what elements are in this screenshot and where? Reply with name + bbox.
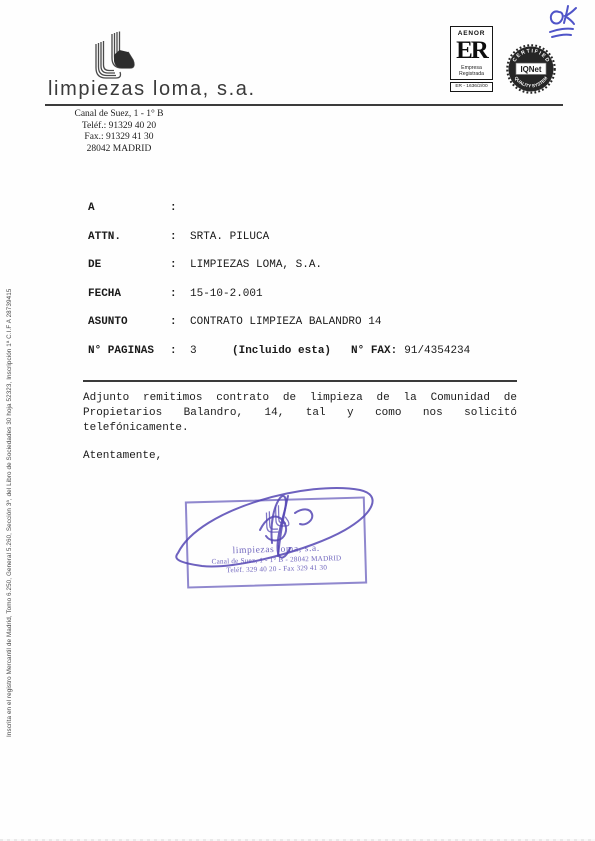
field-row-to: A :: [88, 202, 518, 214]
stamp-logo-icon: [258, 503, 293, 540]
field-value: [190, 202, 518, 214]
aenor-certification-badge: AENOR ER Empresa Registrada ER - 1636/2/…: [450, 26, 493, 92]
address-city: 28042 MADRID: [43, 144, 195, 156]
company-name: limpiezas loma, s.a.: [48, 78, 256, 101]
field-value: 15-10-2.001: [190, 288, 518, 300]
fax-number-value: 91/4354234: [404, 345, 470, 357]
aenor-registration-number: ER - 1636/2/00: [450, 82, 493, 92]
address-street: Canal de Suez, 1 - 1° B: [43, 109, 195, 121]
pages-value: 3: [190, 345, 232, 357]
field-row-subject: ASUNTO : CONTRATO LIMPIEZA BALANDRO 14: [88, 316, 518, 328]
field-label: FECHA: [88, 288, 170, 300]
field-row-from: DE : LIMPIEZAS LOMA, S.A.: [88, 259, 518, 271]
iqnet-center-text: IQNet: [520, 65, 541, 74]
company-stamp: limpiezas loma, s.a. Canal de Suez, 1 - …: [185, 497, 367, 589]
fax-number-label: N° FAX:: [351, 345, 397, 357]
letter-closing: Atentamente,: [83, 450, 162, 462]
registry-sidebar-text: Inscrita en el registro Mercantil de Mad…: [6, 281, 13, 737]
fax-cover-page: Inscrita en el registro Mercantil de Mad…: [0, 0, 595, 841]
aenor-er-logo: ER: [452, 38, 491, 63]
field-label: ASUNTO: [88, 316, 170, 328]
field-row-pages-fax: N° PAGINAS : 3 (Incluido esta) N° FAX: 9…: [88, 345, 518, 357]
field-label: ATTN.: [88, 231, 170, 243]
field-value: CONTRATO LIMPIEZA BALANDRO 14: [190, 316, 518, 328]
aenor-subtitle: Empresa Registrada: [452, 65, 491, 77]
body-divider: [83, 380, 517, 382]
field-label: DE: [88, 259, 170, 271]
header-divider: [45, 104, 563, 106]
aenor-title: AENOR: [452, 30, 491, 37]
logo-corner-fill: [114, 50, 134, 68]
field-row-attn: ATTN. : SRTA. PILUCA: [88, 231, 518, 243]
field-row-date: FECHA : 15-10-2.001: [88, 288, 518, 300]
field-label: A: [88, 202, 170, 214]
aenor-main-box: AENOR ER Empresa Registrada: [450, 26, 493, 80]
address-fax: Fax.: 91329 41 30: [43, 132, 195, 144]
handwritten-ok-icon: [542, 2, 590, 46]
pages-included-note: (Incluido esta): [232, 345, 331, 357]
fax-fields: A : ATTN. : SRTA. PILUCA DE : LIMPIEZAS …: [88, 202, 518, 357]
address-phone: Teléf.: 91329 40 20: [43, 121, 195, 133]
field-label: N° PAGINAS: [88, 345, 170, 357]
letter-body: Adjunto remitimos contrato de limpieza d…: [83, 391, 517, 436]
field-value: LIMPIEZAS LOMA, S.A.: [190, 259, 518, 271]
field-value: SRTA. PILUCA: [190, 231, 518, 243]
company-address: Canal de Suez, 1 - 1° B Teléf.: 91329 40…: [43, 109, 195, 155]
iqnet-certification-badge: C E R T I F I E D QUALITY SYSTEM IQNet: [506, 44, 556, 94]
